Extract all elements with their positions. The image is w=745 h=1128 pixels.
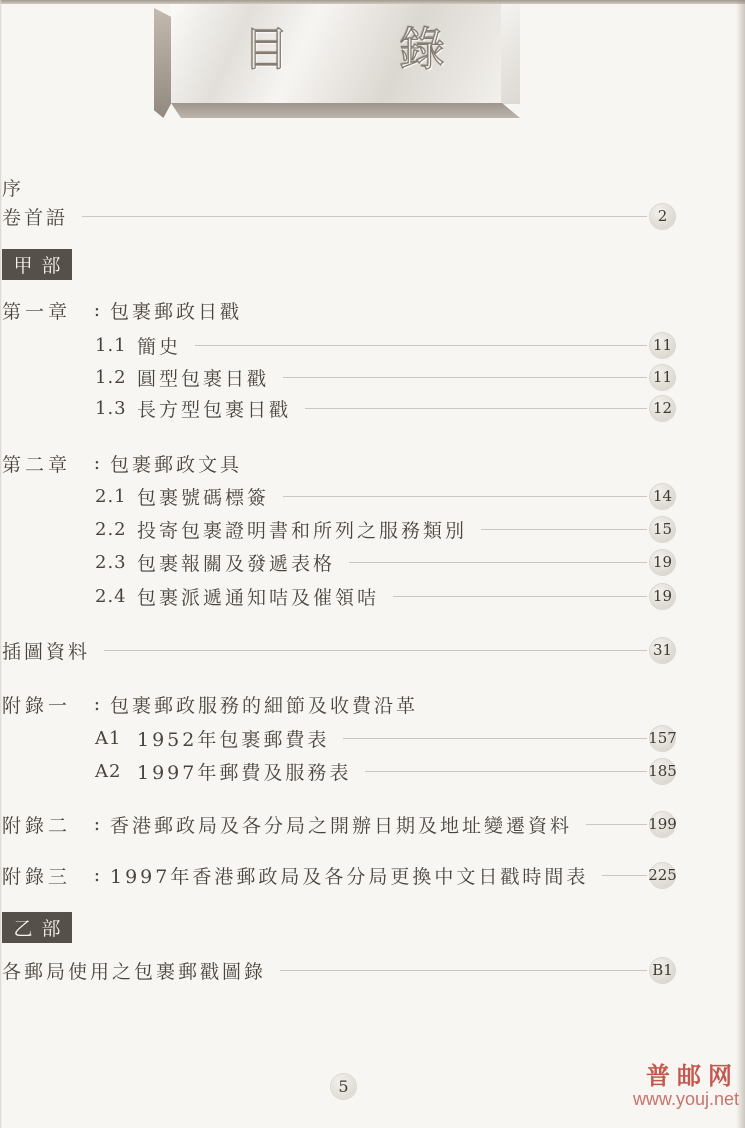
item-title: 1997年郵費及服務表 xyxy=(137,758,351,785)
toc-row-2-4: 2.4 包裹派遞通知咭及催領咭 19 xyxy=(95,583,675,609)
page-number-chip: 15 xyxy=(650,517,675,542)
page-number-chip: 157 xyxy=(650,726,675,751)
appendix2-colon: : xyxy=(84,813,110,835)
page-number-chip: 225 xyxy=(650,863,675,888)
page-right-edge-shadow xyxy=(736,0,745,1128)
leader-line xyxy=(365,771,647,772)
chapter2-label: 第二章 xyxy=(2,450,84,477)
toc-row-foreword: 卷首語 2 xyxy=(2,203,675,229)
leader-line xyxy=(195,345,647,346)
watermark-site-url: www.youj.net xyxy=(633,1090,739,1110)
item-number: 2.3 xyxy=(95,552,137,573)
leader-line xyxy=(586,824,647,825)
folio-page-number: 5 xyxy=(331,1074,356,1099)
item-title: 1952年包裹郵費表 xyxy=(137,725,329,752)
toc-row-appendix2: 附錄二 : 香港郵政局及各分局之開辦日期及地址變遷資料 199 xyxy=(2,811,675,837)
toc-row-appendix1: 附錄一 : 包裹郵政服務的細節及收費沿革 xyxy=(2,691,675,717)
toc-row-chapter1: 第一章 : 包裹郵政日戳 xyxy=(2,297,675,323)
appendix1-colon: : xyxy=(84,693,110,715)
banner-plate: 目 錄 xyxy=(171,4,501,104)
leader-line xyxy=(283,496,647,497)
title-banner: 目 錄 xyxy=(154,4,520,120)
appendix3-colon: : xyxy=(84,864,110,886)
banner-title-char-left: 目 xyxy=(243,26,289,72)
chapter1-label: 第一章 xyxy=(2,297,84,324)
item-title: 簡史 xyxy=(137,332,181,359)
page-number-chip: 14 xyxy=(650,484,675,509)
scanned-toc-page: 目 錄 序 卷首語 2 甲部 第一章 : 包裹郵政日戳 1.1 簡史 11 1.… xyxy=(0,0,745,1128)
item-number: 1.1 xyxy=(95,335,137,356)
leader-line xyxy=(280,970,647,971)
toc-row-illustrations: 插圖資料 31 xyxy=(2,637,675,663)
leader-line xyxy=(349,562,647,563)
item-title: 包裹派遞通知咭及催領咭 xyxy=(137,583,379,610)
item-title: 包裹號碼標簽 xyxy=(137,483,269,510)
illustrations-label: 插圖資料 xyxy=(2,637,90,664)
item-title: 投寄包裹證明書和所列之服務類別 xyxy=(137,516,467,543)
toc-row-1-1: 1.1 簡史 11 xyxy=(95,332,675,358)
page-number-chip: 2 xyxy=(650,204,675,229)
watermark-site-name: 普邮网 xyxy=(633,1063,739,1089)
toc-row-preface: 序 xyxy=(2,174,675,200)
page-number-chip: 12 xyxy=(650,396,675,421)
page-number-chip: 11 xyxy=(650,365,675,390)
toc-row-2-2: 2.2 投寄包裹證明書和所列之服務類別 15 xyxy=(95,516,675,542)
page-number-chip: B1 xyxy=(650,958,675,983)
leader-line xyxy=(82,216,647,217)
chapter1-colon: : xyxy=(84,299,110,321)
item-number: 1.3 xyxy=(95,398,137,419)
leader-line xyxy=(481,529,647,530)
appendix2-title: 香港郵政局及各分局之開辦日期及地址變遷資料 xyxy=(110,811,572,838)
appendix2-label: 附錄二 xyxy=(2,811,84,838)
banner-left-bevel xyxy=(154,8,171,118)
page-number-chip: 11 xyxy=(650,333,675,358)
toc-row-a2: A2 1997年郵費及服務表 185 xyxy=(95,758,675,784)
item-title: 圓型包裹日戳 xyxy=(137,364,269,391)
page-number-chip: 199 xyxy=(650,812,675,837)
foreword-label: 卷首語 xyxy=(2,203,68,230)
toc-row-2-1: 2.1 包裹號碼標簽 14 xyxy=(95,483,675,509)
banner-right-bevel xyxy=(501,4,520,104)
appendix1-title: 包裹郵政服務的細節及收費沿革 xyxy=(110,691,418,718)
toc-row-a1: A1 1952年包裹郵費表 157 xyxy=(95,725,675,751)
item-number: A1 xyxy=(95,728,137,749)
preface-label: 序 xyxy=(2,174,24,201)
part-a-badge: 甲部 xyxy=(2,249,72,280)
banner-bottom-bevel xyxy=(171,103,520,118)
item-title: 長方型包裹日戳 xyxy=(137,395,291,422)
watermark: 普邮网 www.youj.net xyxy=(633,1063,739,1110)
appendix1-label: 附錄一 xyxy=(2,691,84,718)
leader-line xyxy=(283,377,647,378)
item-number: 2.1 xyxy=(95,486,137,507)
toc-row-2-3: 2.3 包裹報關及發遞表格 19 xyxy=(95,549,675,575)
item-number: A2 xyxy=(95,761,137,782)
chapter2-title: 包裹郵政文具 xyxy=(110,450,242,477)
page-number-chip: 185 xyxy=(650,759,675,784)
toc-row-1-3: 1.3 長方型包裹日戳 12 xyxy=(95,395,675,421)
toc-row-part-b-entry: 各郵局使用之包裹郵戳圖錄 B1 xyxy=(2,957,675,983)
item-number: 2.2 xyxy=(95,519,137,540)
page-number-chip: 31 xyxy=(650,638,675,663)
item-title: 包裹報關及發遞表格 xyxy=(137,549,335,576)
appendix3-label: 附錄三 xyxy=(2,862,84,889)
leader-line xyxy=(602,875,647,876)
page-number-chip: 19 xyxy=(650,584,675,609)
leader-line xyxy=(393,596,647,597)
toc-row-chapter2: 第二章 : 包裹郵政文具 xyxy=(2,450,675,476)
chapter2-colon: : xyxy=(84,452,110,474)
toc-row-appendix3: 附錄三 : 1997年香港郵政局及各分局更換中文日戳時間表 225 xyxy=(2,862,675,888)
item-number: 1.2 xyxy=(95,367,137,388)
part-b-entry-label: 各郵局使用之包裹郵戳圖錄 xyxy=(2,957,266,984)
leader-line xyxy=(104,650,647,651)
appendix3-title: 1997年香港郵政局及各分局更換中文日戳時間表 xyxy=(110,862,588,889)
item-number: 2.4 xyxy=(95,586,137,607)
part-b-badge: 乙部 xyxy=(2,912,72,943)
page-number-chip: 19 xyxy=(650,550,675,575)
leader-line xyxy=(305,408,647,409)
banner-title-char-right: 錄 xyxy=(399,26,445,72)
leader-line xyxy=(343,738,647,739)
chapter1-title: 包裹郵政日戳 xyxy=(110,297,242,324)
toc-row-1-2: 1.2 圓型包裹日戳 11 xyxy=(95,364,675,390)
